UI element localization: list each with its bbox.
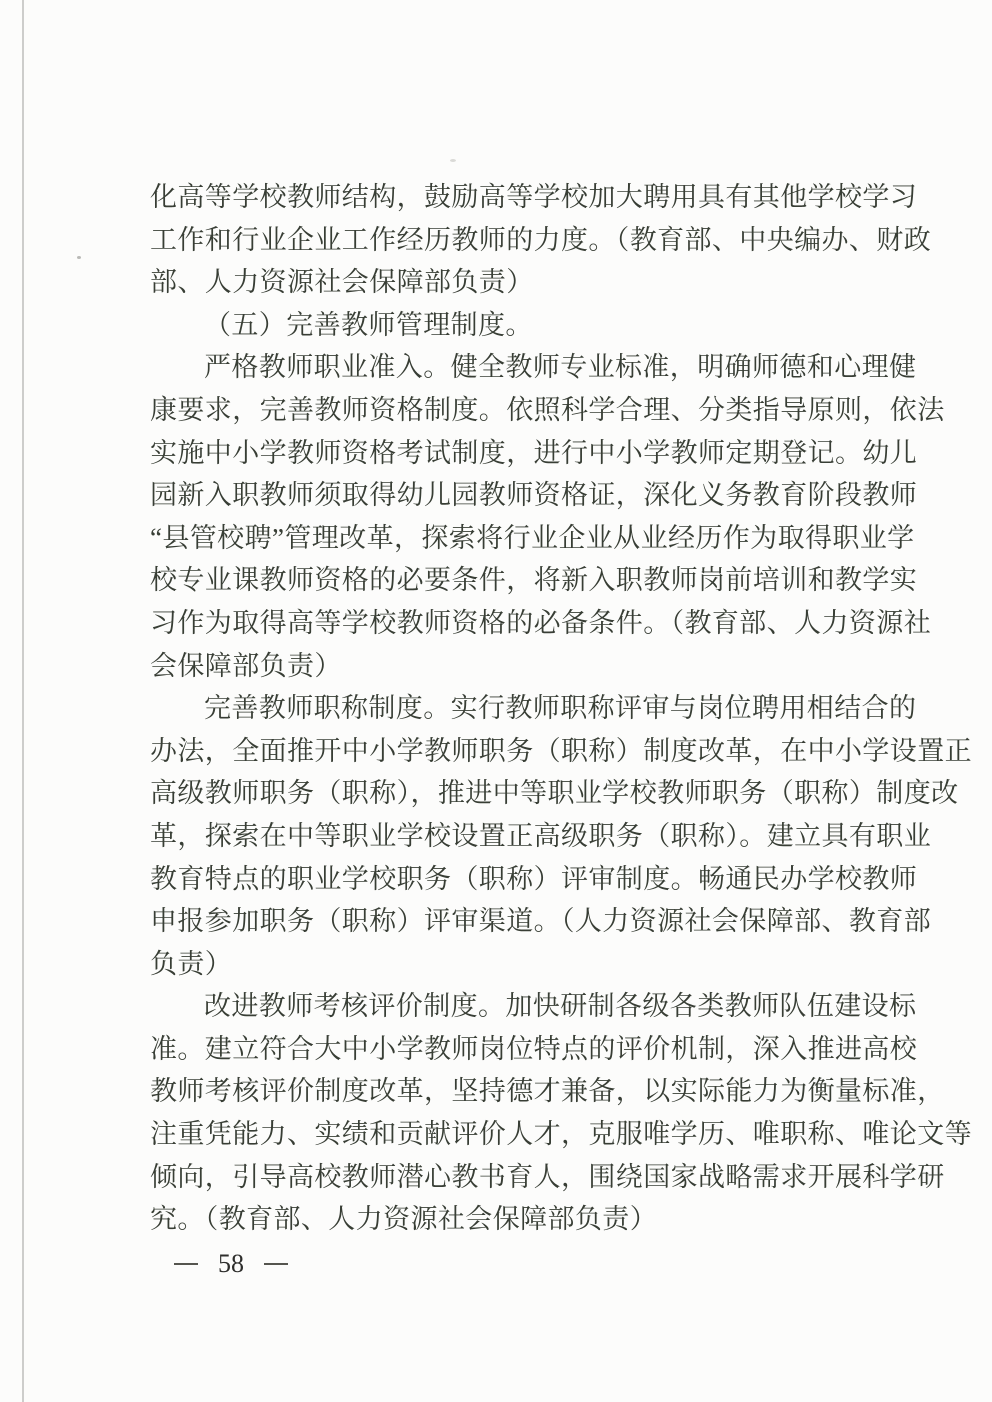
scan-speck xyxy=(450,159,456,162)
text-line: 申报参加职务（职称）评审渠道。（人力资源社会保障部、教育部 xyxy=(150,900,898,943)
text-line: 园新入职教师须取得幼儿园教师资格证，深化义务教育阶段教师 xyxy=(150,474,898,517)
text-line: 习作为取得高等学校教师资格的必备条件。（教育部、人力资源社 xyxy=(150,602,898,645)
footer-dash-left xyxy=(174,1263,198,1265)
text-line: 完善教师职称制度。实行教师职称评审与岗位聘用相结合的 xyxy=(150,687,898,730)
text-line: 康要求，完善教师资格制度。依照科学合理、分类指导原则，依法 xyxy=(150,389,898,432)
text-line: 办法，全面推开中小学教师职务（职称）制度改革，在中小学设置正 xyxy=(150,730,898,773)
text-line: 改进教师考核评价制度。加快研制各级各类教师队伍建设标 xyxy=(150,985,898,1028)
text-line: 部、人力资源社会保障部负责） xyxy=(150,261,898,304)
text-line: 革，探索在中等职业学校设置正高级职务（职称）。建立具有职业 xyxy=(150,815,898,858)
text-line: 究。（教育部、人力资源社会保障部负责） xyxy=(150,1198,898,1241)
scan-speck xyxy=(77,256,81,259)
document-page: 化高等学校教师结构，鼓励高等学校加大聘用具有其他学校学习工作和行业企业工作经历教… xyxy=(0,0,992,1402)
text-line: 高级教师职务（职称），推进中等职业学校教师职务（职称）制度改 xyxy=(150,772,898,815)
text-line: 校专业课教师资格的必要条件，将新入职教师岗前培训和教学实 xyxy=(150,559,898,602)
scan-artifact-line xyxy=(22,0,24,1402)
text-line: 实施中小学教师资格考试制度，进行中小学教师定期登记。幼儿 xyxy=(150,432,898,475)
text-line: 倾向，引导高校教师潜心教书育人，围绕国家战略需求开展科学研 xyxy=(150,1156,898,1199)
text-line: 教师考核评价制度改革，坚持德才兼备，以实际能力为衡量标准， xyxy=(150,1070,898,1113)
page-footer: 58 xyxy=(172,1247,290,1281)
text-line: 会保障部负责） xyxy=(150,645,898,688)
text-line: 负责） xyxy=(150,943,898,986)
text-line: （五）完善教师管理制度。 xyxy=(150,304,898,347)
text-line: 注重凭能力、实绩和贡献评价人才，克服唯学历、唯职称、唯论文等 xyxy=(150,1113,898,1156)
text-line: 化高等学校教师结构，鼓励高等学校加大聘用具有其他学校学习 xyxy=(150,176,898,219)
footer-dash-right xyxy=(264,1263,288,1265)
text-line: 严格教师职业准入。健全教师专业标准，明确师德和心理健 xyxy=(150,346,898,389)
text-line: 工作和行业企业工作经历教师的力度。（教育部、中央编办、财政 xyxy=(150,219,898,262)
document-body: 化高等学校教师结构，鼓励高等学校加大聘用具有其他学校学习工作和行业企业工作经历教… xyxy=(150,176,898,1241)
text-line: 准。建立符合大中小学教师岗位特点的评价机制，深入推进高校 xyxy=(150,1028,898,1071)
text-line: “县管校聘”管理改革，探索将行业企业从业经历作为取得职业学 xyxy=(150,517,898,560)
page-number: 58 xyxy=(200,1247,262,1281)
text-line: 教育特点的职业学校职务（职称）评审制度。畅通民办学校教师 xyxy=(150,858,898,901)
